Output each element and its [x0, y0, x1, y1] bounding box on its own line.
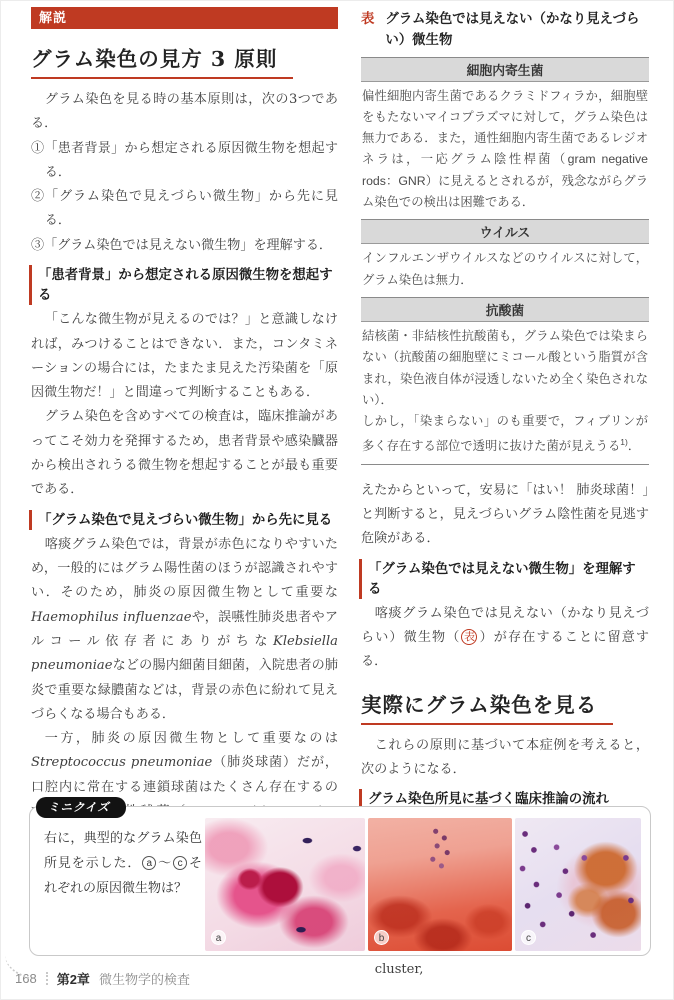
invisible-microbes-table: 細胞内寄生菌 偏性細胞内寄生菌であるクラミドフィラか，細胞壁をもたないマイコプラ…	[361, 57, 649, 465]
table-reference-badge: 表	[461, 629, 477, 645]
section-heading-patient-background: 「患者背景」から想定される原因微生物を想起する	[29, 265, 338, 305]
table-section-body-acid-fast: 結核菌・非結核性抗酸菌も，グラム染色では染まらない（抗酸菌の細胞壁にミコール酸と…	[361, 322, 649, 464]
gram-stain-image-b: b	[368, 818, 512, 951]
table-section-header-intracellular: 細胞内寄生菌	[361, 57, 649, 82]
gram-stain-image-a: a	[205, 818, 365, 951]
dotted-divider	[46, 972, 48, 985]
mini-quiz-badge: ミニクイズ	[36, 797, 126, 818]
text-segment: 結核菌・非結核性抗酸菌も，グラム染色では染まらない（抗酸菌の細胞壁にミコール酸と…	[362, 329, 648, 407]
species-name: Streptococcus pneumoniae	[31, 755, 212, 770]
text-segment: ．	[628, 439, 640, 453]
gram-stain-image-c: c	[515, 818, 641, 951]
circled-letter-c: c	[173, 856, 187, 870]
paragraph: これらの原則に基づいて本症例を考えると，次のようになる．	[361, 734, 649, 783]
principles-list: ①「患者背景」から想定される原因微生物を想起する． ②「グラム染色で見えづらい微…	[31, 137, 338, 258]
page-heading-text: グラム染色の見方 3 原則	[31, 42, 293, 79]
page-footer: 168 第2章 微生物学的検査	[1, 965, 673, 991]
section-main-heading: 実際にグラム染色を見る	[361, 688, 649, 725]
section-main-heading-text: 実際にグラム染色を見る	[361, 688, 613, 725]
paragraph: 「こんな微生物が見えるのでは？」と意識しなければ，みつけることはできない．また，…	[31, 308, 338, 405]
table-title: グラム染色では見えない（かなり見えづらい）微生物	[385, 9, 649, 51]
text-segment: 喀痰グラム染色では，背景が赤色になりやすいため，一般的にはグラム陽性菌のほうが認…	[31, 537, 338, 601]
table-section-body-intracellular: 偏性細胞内寄生菌であるクラミドフィラか，細胞壁をもたないマイコプラズマに対して，…	[361, 82, 649, 220]
paragraph: グラム染色を含めすべての検査は，臨床推論があってこそ効力を発揮するため，患者背景…	[31, 405, 338, 502]
footnote-marker: 1)	[620, 437, 628, 447]
text-segment: しかし，「染まらない」のも重要で，フィブリンが多く存在する部位で透明に抜けた菌が…	[362, 414, 648, 453]
continuation-paragraph: えたからといって，安易に「はい！ 肺炎球菌！」と判断すると，見えづらいグラム陰性…	[361, 479, 649, 552]
image-label-c: c	[521, 930, 536, 945]
explanation-banner: 解説	[31, 7, 338, 29]
book-page: 解説 グラム染色の見方 3 原則 グラム染色を見る時の基本原則は，次の3つである…	[0, 0, 674, 1000]
principle-item-3: ③「グラム染色では見えない微生物」を理解する．	[31, 234, 338, 258]
table-caption: 表 グラム染色では見えない（かなり見えづらい）微生物	[361, 9, 649, 51]
explanation-banner-label: 解説	[39, 10, 67, 25]
image-label-b: b	[374, 930, 389, 945]
table-section-body-virus: インフルエンザウイルスなどのウイルスに対して，グラム染色は無力．	[361, 244, 649, 297]
image-label-a: a	[211, 930, 226, 945]
circled-letter-a: a	[142, 856, 156, 870]
section-heading-hard-to-see: 「グラム染色で見えづらい微生物」から先に見る	[29, 510, 338, 530]
intro-paragraph: グラム染色を見る時の基本原則は，次の3つである．	[31, 88, 338, 137]
page-heading: グラム染色の見方 3 原則	[31, 42, 338, 79]
text-segment: ～	[157, 855, 172, 870]
principle-item-2: ②「グラム染色で見えづらい微生物」から先に見る．	[31, 185, 338, 234]
principle-item-1: ①「患者背景」から想定される原因微生物を想起する．	[31, 137, 338, 186]
text-segment: 一方，肺炎の原因微生物として重要なのは	[45, 731, 338, 746]
table-section-header-acid-fast: 抗酸菌	[361, 297, 649, 322]
species-name: Haemophilus influenzae	[31, 610, 191, 625]
chapter-title: 微生物学的検査	[99, 969, 190, 988]
section-heading-invisible: 「グラム染色では見えない微生物」を理解する	[359, 559, 649, 599]
table-label: 表	[361, 9, 374, 30]
chapter-label: 第2章	[57, 969, 90, 988]
quiz-question: 右に，典型的なグラム染色所見を示した．a～cそれぞれの原因微生物は？	[44, 817, 202, 950]
paragraph: 喀痰グラム染色では，背景が赤色になりやすいため，一般的にはグラム陽性菌のほうが認…	[31, 533, 338, 727]
paragraph: 喀痰グラム染色では見えない（かなり見えづらい）微生物（表）が存在することに留意す…	[361, 602, 649, 675]
table-section-header-virus: ウイルス	[361, 219, 649, 244]
mini-quiz-box: ミニクイズ 右に，典型的なグラム染色所見を示した．a～cそれぞれの原因微生物は？…	[29, 806, 651, 956]
